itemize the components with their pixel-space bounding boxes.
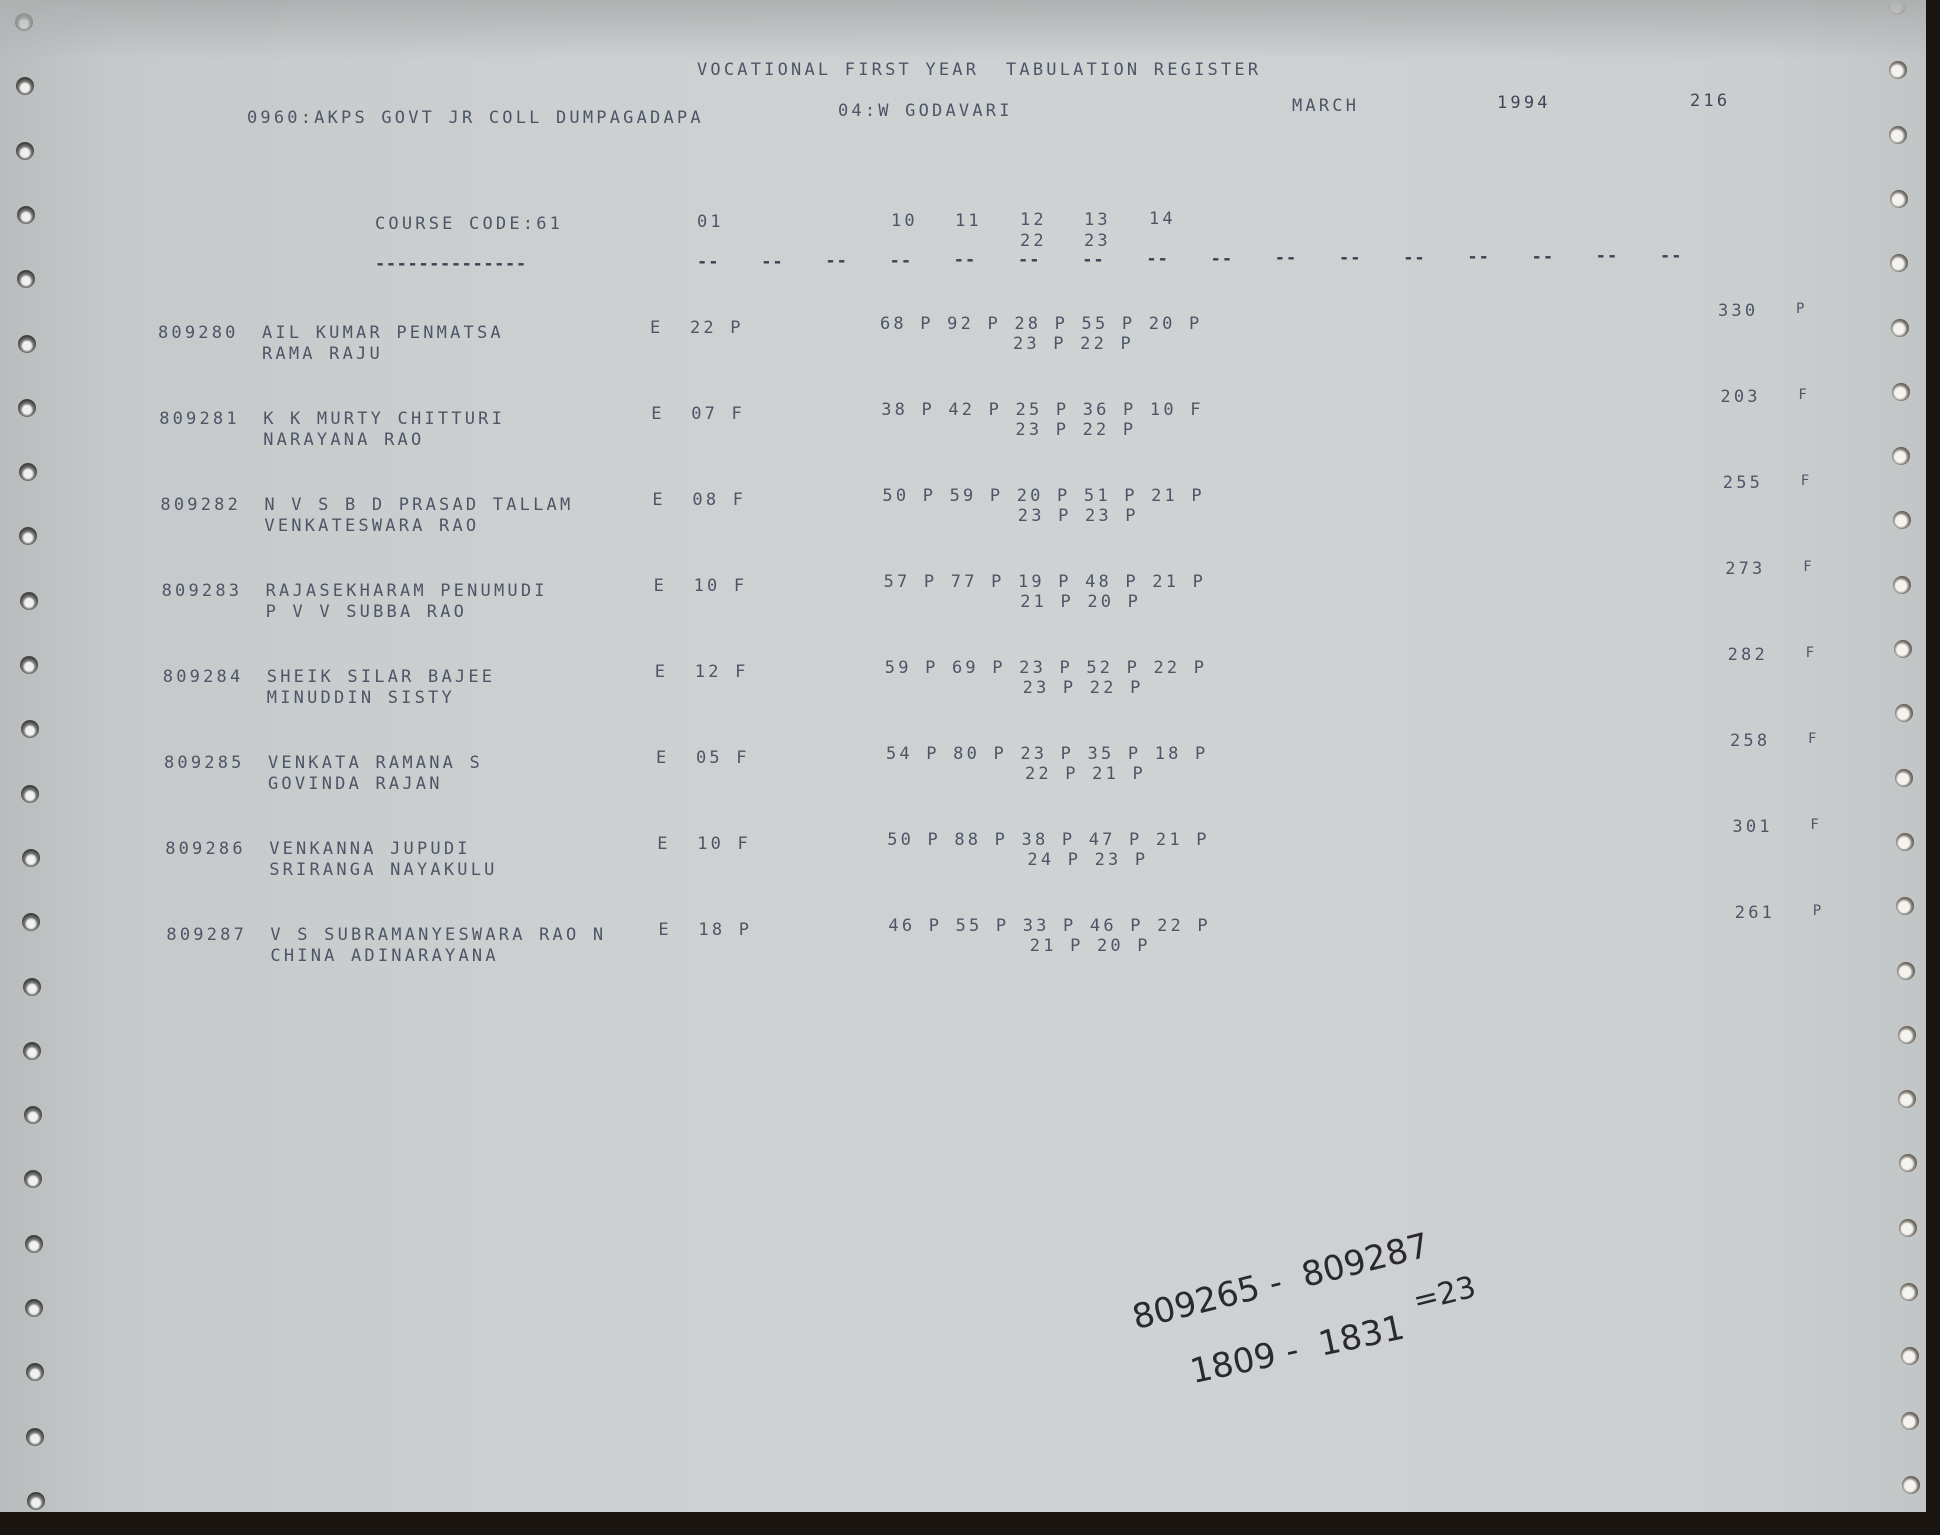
feed-hole-icon bbox=[20, 592, 38, 610]
student-name: K K MURTY CHITTURI bbox=[263, 409, 505, 429]
feed-hole-icon bbox=[1891, 319, 1909, 337]
student-name: SHEIK SILAR BAJEE bbox=[267, 667, 495, 687]
feed-hole-icon bbox=[24, 1170, 42, 1188]
feed-hole-icon bbox=[1888, 0, 1906, 15]
parent-name: GOVINDA RAJAN bbox=[268, 774, 443, 794]
parent-name: MINUDDIN SISTY bbox=[267, 688, 455, 708]
subject-marks-line1: 68 P 92 P 28 P 55 P 20 P bbox=[880, 314, 1202, 334]
parent-name: SRIRANGA NAYAKULU bbox=[269, 860, 497, 880]
final-result: F bbox=[1806, 645, 1818, 661]
column-dash: -- bbox=[1018, 250, 1040, 270]
student-name: AIL KUMAR PENMATSA bbox=[262, 323, 504, 343]
feed-hole-icon bbox=[1900, 1283, 1918, 1301]
student-name: N V S B D PRASAD TALLAM bbox=[264, 495, 573, 515]
page-number: 216 bbox=[1690, 91, 1730, 111]
feed-hole-icon bbox=[1896, 833, 1914, 851]
feed-hole-icon bbox=[1892, 447, 1910, 465]
feed-hole-icon bbox=[1890, 254, 1908, 272]
feed-hole-icon bbox=[23, 1042, 41, 1060]
subject-marks-line1: 57 P 77 P 19 P 48 P 21 P bbox=[884, 572, 1206, 592]
final-result: P bbox=[1813, 903, 1825, 919]
total-marks: 273 bbox=[1725, 559, 1765, 579]
subject-marks-line1: 38 P 42 P 25 P 36 P 10 F bbox=[881, 400, 1203, 420]
feed-hole-icon bbox=[1902, 1476, 1920, 1494]
feed-hole-icon bbox=[1899, 1154, 1917, 1172]
feed-hole-icon bbox=[22, 913, 40, 931]
subject-marks-line2: 23 P 22 P bbox=[1015, 420, 1136, 440]
subject-01-marks: 22 P bbox=[690, 318, 744, 338]
subject-marks-line2: 23 P 22 P bbox=[1013, 334, 1134, 354]
final-result: P bbox=[1796, 301, 1808, 317]
column-dash: -- bbox=[954, 250, 976, 270]
feed-hole-icon bbox=[17, 270, 35, 288]
subject-marks-line2: 24 P 23 P bbox=[1027, 850, 1148, 870]
subject-code-header: 10 bbox=[891, 211, 918, 231]
hall-ticket-number: 809281 bbox=[159, 409, 240, 429]
column-dash: -- bbox=[1660, 246, 1682, 266]
feed-hole-icon bbox=[16, 77, 34, 95]
column-dash: -- bbox=[697, 252, 719, 272]
feed-hole-icon bbox=[16, 142, 34, 160]
student-name: VENKANNA JUPUDI bbox=[269, 839, 471, 859]
parent-name: NARAYANA RAO bbox=[263, 430, 424, 450]
hall-ticket-number: 809285 bbox=[164, 753, 245, 773]
feed-hole-icon bbox=[15, 13, 33, 31]
feed-hole-icon bbox=[22, 849, 40, 867]
handwritten-count: =23 bbox=[1410, 1270, 1480, 1319]
subject-01-marks: 10 F bbox=[694, 576, 748, 596]
subject-marks-line1: 50 P 59 P 20 P 51 P 21 P bbox=[882, 486, 1204, 506]
column-dash: -- bbox=[1467, 247, 1489, 267]
total-marks: 301 bbox=[1732, 817, 1772, 837]
exam-month: MARCH bbox=[1292, 96, 1359, 116]
final-result: F bbox=[1798, 387, 1810, 403]
subject-01-marks: 07 F bbox=[691, 404, 745, 424]
subject-01-marks: 18 P bbox=[698, 920, 752, 940]
feed-hole-icon bbox=[1892, 383, 1910, 401]
final-result: F bbox=[1810, 817, 1822, 833]
feed-hole-icon bbox=[25, 1299, 43, 1317]
subject-marks-line2: 23 P 23 P bbox=[1018, 506, 1139, 526]
final-result: F bbox=[1808, 731, 1820, 747]
language-medium: E bbox=[654, 576, 667, 596]
college-name: 0960:AKPS GOVT JR COLL DUMPAGADAPA bbox=[247, 108, 704, 128]
hall-ticket-number: 809283 bbox=[162, 581, 243, 601]
feed-hole-icon bbox=[19, 527, 37, 545]
register-title: VOCATIONAL FIRST YEAR TABULATION REGISTE… bbox=[697, 60, 1261, 80]
subject-marks-line1: 46 P 55 P 33 P 46 P 22 P bbox=[888, 916, 1210, 936]
feed-hole-icon bbox=[26, 1428, 44, 1446]
subject-marks-line1: 50 P 88 P 38 P 47 P 21 P bbox=[887, 830, 1209, 850]
hall-ticket-number: 809287 bbox=[166, 925, 247, 945]
language-medium: E bbox=[652, 490, 665, 510]
language-medium: E bbox=[658, 920, 671, 940]
feed-hole-icon bbox=[19, 463, 37, 481]
feed-hole-icon bbox=[1896, 897, 1914, 915]
column-dash: -- bbox=[761, 252, 783, 272]
subject-code-header: 12 bbox=[1020, 210, 1047, 230]
feed-hole-icon bbox=[1899, 1219, 1917, 1237]
column-dash: -- bbox=[1339, 248, 1361, 268]
feed-hole-icon bbox=[26, 1363, 44, 1381]
course-code: COURSE CODE:61 bbox=[375, 214, 563, 234]
feed-hole-icon bbox=[20, 656, 38, 674]
subject-marks-line2: 23 P 22 P bbox=[1023, 678, 1144, 698]
feed-hole-icon bbox=[25, 1235, 43, 1253]
feed-hole-icon bbox=[18, 335, 36, 353]
column-dash: -- bbox=[1403, 248, 1425, 268]
column-dash: -- bbox=[1146, 249, 1168, 269]
language-medium: E bbox=[651, 404, 664, 424]
subject-code-header-secondary: 22 bbox=[1020, 231, 1047, 251]
final-result: F bbox=[1803, 559, 1815, 575]
column-dash: -- bbox=[1596, 246, 1618, 266]
handwritten-serial-range: 1809 - 1831 bbox=[1187, 1308, 1408, 1392]
student-name: VENKATA RAMANA S bbox=[268, 753, 483, 773]
column-dash: -- bbox=[1211, 249, 1233, 269]
feed-hole-icon bbox=[1894, 640, 1912, 658]
feed-hole-icon bbox=[1893, 576, 1911, 594]
subject-01-marks: 05 F bbox=[696, 748, 750, 768]
feed-hole-icon bbox=[1895, 769, 1913, 787]
subject-code-header-secondary: 23 bbox=[1084, 231, 1111, 251]
language-medium: E bbox=[655, 662, 668, 682]
subject-marks-line2: 21 P 20 P bbox=[1030, 936, 1151, 956]
feed-hole-icon bbox=[21, 720, 39, 738]
feed-hole-icon bbox=[1890, 190, 1908, 208]
subject-marks-line1: 54 P 80 P 23 P 35 P 18 P bbox=[886, 744, 1208, 764]
parent-name: RAMA RAJU bbox=[262, 344, 383, 364]
total-marks: 261 bbox=[1735, 903, 1775, 923]
feed-hole-icon bbox=[1895, 704, 1913, 722]
parent-name: P V V SUBBA RAO bbox=[266, 602, 468, 622]
feed-hole-icon bbox=[1893, 511, 1911, 529]
language-medium: E bbox=[657, 834, 670, 854]
parent-name: VENKATESWARA RAO bbox=[264, 516, 479, 536]
feed-hole-icon bbox=[1901, 1347, 1919, 1365]
feed-hole-icon bbox=[24, 1106, 42, 1124]
feed-hole-icon bbox=[18, 399, 36, 417]
column-dash: -- bbox=[1532, 247, 1554, 267]
subject-01-marks: 10 F bbox=[697, 834, 751, 854]
column-dash: -- bbox=[1275, 248, 1297, 268]
column-dash: -- bbox=[890, 251, 912, 271]
hall-ticket-number: 809284 bbox=[163, 667, 244, 687]
column-dash: -- bbox=[1082, 250, 1104, 270]
subject-01-marks: 08 F bbox=[692, 490, 746, 510]
exam-year: 1994 bbox=[1497, 93, 1551, 113]
feed-hole-icon bbox=[1898, 1026, 1916, 1044]
feed-hole-icon bbox=[1901, 1412, 1919, 1430]
feed-hole-icon bbox=[23, 978, 41, 996]
subject-code-header: 13 bbox=[1084, 210, 1111, 230]
total-marks: 258 bbox=[1730, 731, 1770, 751]
total-marks: 255 bbox=[1723, 473, 1763, 493]
feed-hole-icon bbox=[1889, 126, 1907, 144]
tabulation-register-sheet: VOCATIONAL FIRST YEAR TABULATION REGISTE… bbox=[0, 0, 1926, 1512]
feed-hole-icon bbox=[17, 206, 35, 224]
subject-code-header: 14 bbox=[1149, 209, 1176, 229]
subject-marks-line1: 59 P 69 P 23 P 52 P 22 P bbox=[885, 658, 1207, 678]
hall-ticket-number: 809282 bbox=[160, 495, 241, 515]
feed-hole-icon bbox=[1889, 61, 1907, 79]
district-name: 04:W GODAVARI bbox=[838, 101, 1013, 121]
subject-marks-line2: 21 P 20 P bbox=[1020, 592, 1141, 612]
language-medium: E bbox=[656, 748, 669, 768]
feed-hole-icon bbox=[27, 1492, 45, 1510]
student-name: V S SUBRAMANYESWARA RAO N bbox=[270, 925, 606, 945]
course-code-underline: -------------- bbox=[375, 254, 527, 274]
feed-hole-icon bbox=[1898, 1090, 1916, 1108]
hall-ticket-number: 809280 bbox=[158, 323, 239, 343]
subject-code-header: 11 bbox=[955, 211, 982, 231]
parent-name: CHINA ADINARAYANA bbox=[270, 946, 498, 966]
student-name: RAJASEKHARAM PENUMUDI bbox=[266, 581, 548, 601]
column-dash: -- bbox=[825, 251, 847, 271]
hall-ticket-number: 809286 bbox=[165, 839, 246, 859]
final-result: F bbox=[1801, 473, 1813, 489]
total-marks: 330 bbox=[1718, 301, 1758, 321]
total-marks: 203 bbox=[1720, 387, 1760, 407]
subject-01-marks: 12 F bbox=[695, 662, 749, 682]
language-medium: E bbox=[650, 318, 663, 338]
total-marks: 282 bbox=[1728, 645, 1768, 665]
feed-hole-icon bbox=[1897, 962, 1915, 980]
subject-marks-line2: 22 P 21 P bbox=[1025, 764, 1146, 784]
subject-code-header: 01 bbox=[697, 212, 724, 232]
feed-hole-icon bbox=[21, 785, 39, 803]
